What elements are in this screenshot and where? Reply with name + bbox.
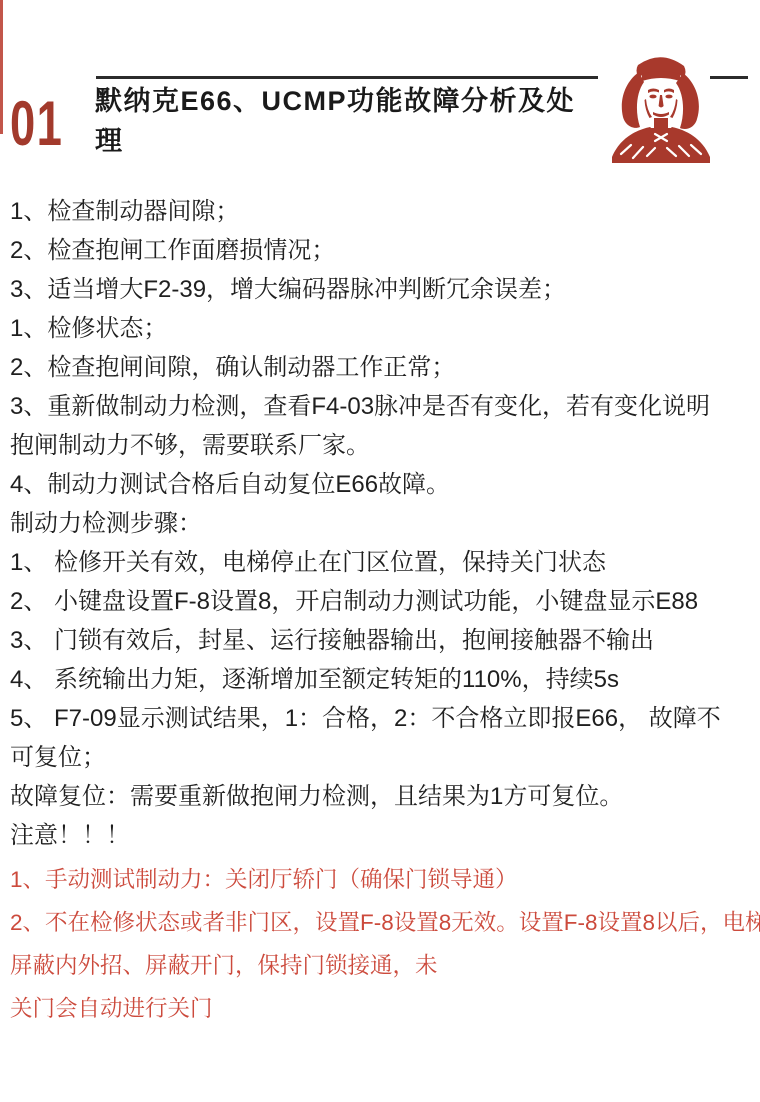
section-number: 01 — [10, 93, 63, 156]
body-text-line: 注意！！！ — [10, 816, 721, 855]
body-text-line: 3、重新做制动力检测，查看F4-03脉冲是否有变化，若有变化说明 — [10, 387, 721, 426]
body-text-line: 4、 系统输出力矩，逐渐增加至额定转矩的110%，持续5s — [10, 660, 721, 699]
body-text-line: 2、检查抱闸工作面磨损情况； — [10, 231, 721, 270]
left-accent-bar — [0, 0, 3, 134]
note-text-line: 1、手动测试制动力：关闭厅轿门（确保门锁导通） — [10, 858, 760, 901]
body-text-line: 制动力检测步骤： — [10, 504, 721, 543]
page-title-line-1: 默纳克E66、UCMP功能故障分析及处 — [95, 81, 575, 121]
body-text-block: 1、检查制动器间隙；2、检查抱闸工作面磨损情况；3、适当增大F2-39，增大编码… — [10, 192, 721, 855]
body-text-line: 1、 检修开关有效，电梯停止在门区位置，保持关门状态 — [10, 543, 721, 582]
body-text-line: 5、 F7-09显示测试结果，1：合格，2：不合格立即报E66， 故障不 — [10, 699, 721, 738]
body-text-line: 3、适当增大F2-39，增大编码器脉冲判断冗余误差； — [10, 270, 721, 309]
page-title-line-2: 理 — [95, 121, 575, 161]
page-title: 默纳克E66、UCMP功能故障分析及处 理 — [95, 81, 575, 161]
body-text-line: 1、检查制动器间隙； — [10, 192, 721, 231]
body-text-line: 1、检修状态； — [10, 309, 721, 348]
body-text-line: 2、 小键盘设置F-8设置8，开启制动力测试功能，小键盘显示E88 — [10, 582, 721, 621]
title-rule-line — [96, 76, 598, 79]
body-text-line: 3、 门锁有效后，封星、运行接触器输出，抱闸接触器不输出 — [10, 621, 721, 660]
document-page: 01 默纳克E66、UCMP功能故障分析及处 理 — [0, 0, 760, 1102]
note-text-line: 关门会自动进行关门 — [10, 987, 760, 1030]
body-text-line: 抱闸制动力不够，需要联系厂家。 — [10, 426, 721, 465]
warning-notes-block: 1、手动测试制动力：关闭厅轿门（确保门锁导通）2、不在检修状态或者非门区，设置F… — [10, 858, 760, 1030]
note-text-line: 2、不在检修状态或者非门区，设置F-8设置8无效。设置F-8设置8以后，电梯 — [10, 901, 760, 944]
body-text-line: 可复位； — [10, 738, 721, 777]
body-text-line: 故障复位：需要重新做抱闸力检测，且结果为1方可复位。 — [10, 777, 721, 816]
body-text-line: 2、检查抱闸间隙，确认制动器工作正常； — [10, 348, 721, 387]
body-text-line: 4、制动力测试合格后自动复位E66故障。 — [10, 465, 721, 504]
note-text-line: 屏蔽内外招、屏蔽开门，保持门锁接通，未 — [10, 944, 760, 987]
red-woodcut-youth-portrait-icon — [606, 44, 716, 164]
